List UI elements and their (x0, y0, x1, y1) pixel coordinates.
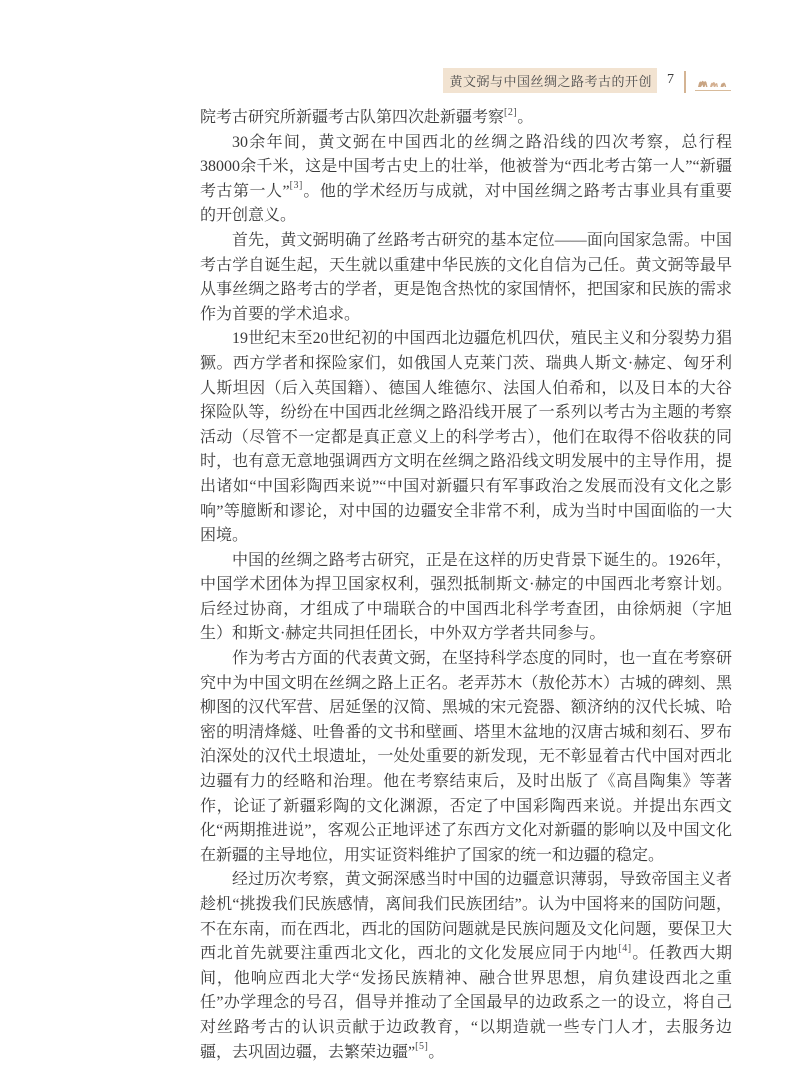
paragraph: 作为考古方面的代表黄文弼，在坚持科学态度的同时，也一直在考察研究中为中国文明在丝… (200, 647, 732, 868)
header-divider (684, 71, 686, 93)
body-text: 院考古研究所新疆考古队第四次赴新疆考察[2]。30余年间，黄文弼在中国西北的丝绸… (200, 106, 732, 1065)
footnote-ref: [4] (618, 943, 631, 954)
page-number: 7 (667, 72, 674, 88)
page-header: 黄文弼与中国丝绸之路考古的开创 7 (443, 68, 731, 92)
paragraph: 19世纪末至20世纪初的中国西北边疆危机四伏，殖民主义和分裂势力猖獗。西方学者和… (200, 327, 732, 548)
camel-caravan-icon (695, 76, 731, 91)
footnote-ref: [2] (504, 107, 517, 118)
paragraph: 院考古研究所新疆考古队第四次赴新疆考察[2]。 (200, 106, 732, 131)
book-page: 黄文弼与中国丝绸之路考古的开创 7 院考古研究所新疆考古队第四次赴新疆考察[2]… (0, 0, 793, 1077)
paragraph: 经过历次考察，黄文弼深感当时中国的边疆意识薄弱，导致帝国主义者趁机“挑拨我们民族… (200, 868, 732, 1065)
paragraph: 30余年间，黄文弼在中国西北的丝绸之路沿线的四次考察，总行程38000余千米，这… (200, 131, 732, 229)
paragraph: 中国的丝绸之路考古研究，正是在这样的历史背景下诞生的。1926年，中国学术团体为… (200, 549, 732, 647)
running-head-title: 黄文弼与中国丝绸之路考古的开创 (443, 68, 657, 93)
footnote-ref: [3] (290, 180, 303, 191)
paragraph: 首先，黄文弼明确了丝路考古研究的基本定位——面向国家急需。中国考古学自诞生起，天… (200, 229, 732, 327)
footnote-ref: [5] (415, 1041, 428, 1052)
